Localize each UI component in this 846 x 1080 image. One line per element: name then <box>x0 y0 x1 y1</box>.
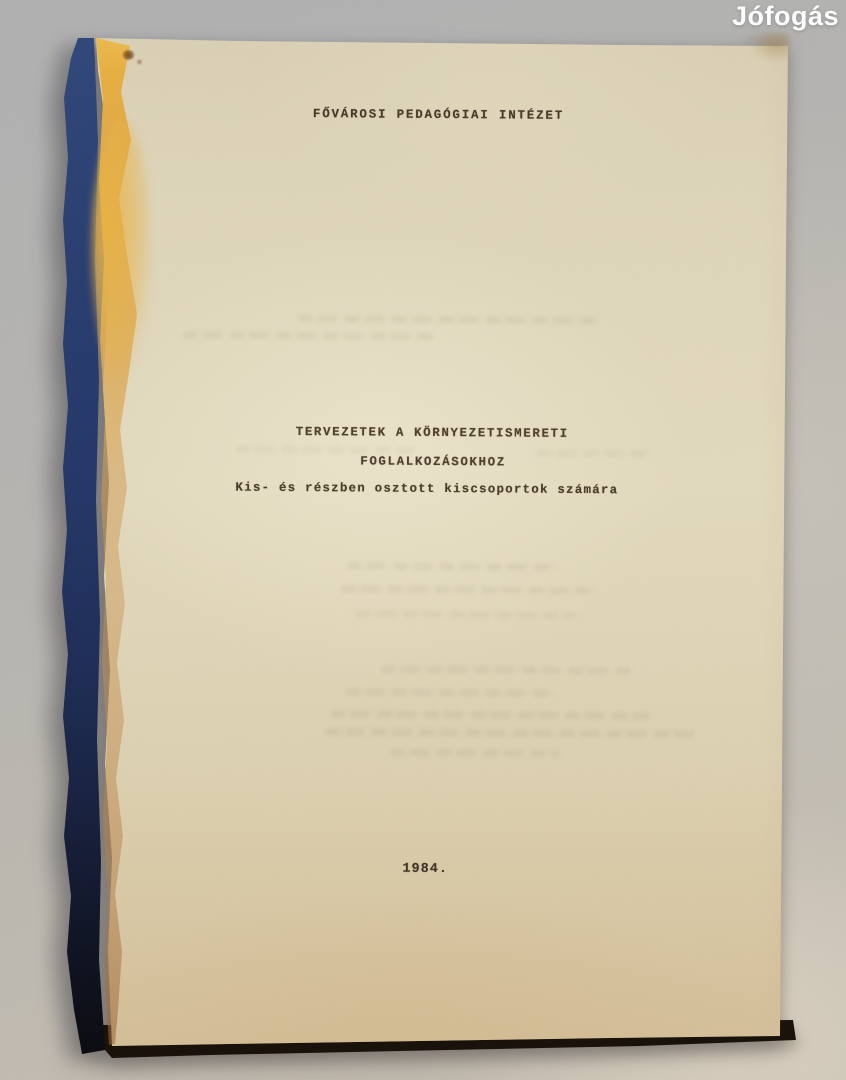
jofogas-watermark: Jófogás <box>732 1 839 32</box>
ghost-text-line <box>381 666 636 675</box>
document-title-line-2: FOGLALKOZÁSOKHOZ <box>360 454 506 469</box>
typed-text-layer: FŐVÁROSI PEDAGÓGIAI INTÉZET TERVEZETEK A… <box>0 0 846 1080</box>
ghost-text-line <box>390 749 560 757</box>
ghost-text-line <box>298 315 598 324</box>
document-subtitle: Kis- és részben osztott kiscsoportok szá… <box>235 481 618 498</box>
ghost-text-line <box>537 450 652 458</box>
photo-background: FŐVÁROSI PEDAGÓGIAI INTÉZET TERVEZETEK A… <box>0 0 846 1080</box>
ghost-text-line <box>330 710 650 719</box>
booklet: FŐVÁROSI PEDAGÓGIAI INTÉZET TERVEZETEK A… <box>0 0 846 1080</box>
ghost-text-line <box>341 585 596 594</box>
ghost-text-line <box>235 446 415 454</box>
publication-year: 1984. <box>402 862 448 877</box>
document-title-line-1: TERVEZETEK A KÖRNYEZETISMERETI <box>296 425 569 441</box>
ghost-text-line <box>356 610 576 619</box>
ghost-text-line <box>325 728 695 738</box>
ghost-text-line <box>183 331 433 340</box>
ghost-text-line <box>346 562 556 570</box>
ghost-text-line <box>345 688 555 696</box>
institution-name: FŐVÁROSI PEDAGÓGIAI INTÉZET <box>313 107 564 123</box>
